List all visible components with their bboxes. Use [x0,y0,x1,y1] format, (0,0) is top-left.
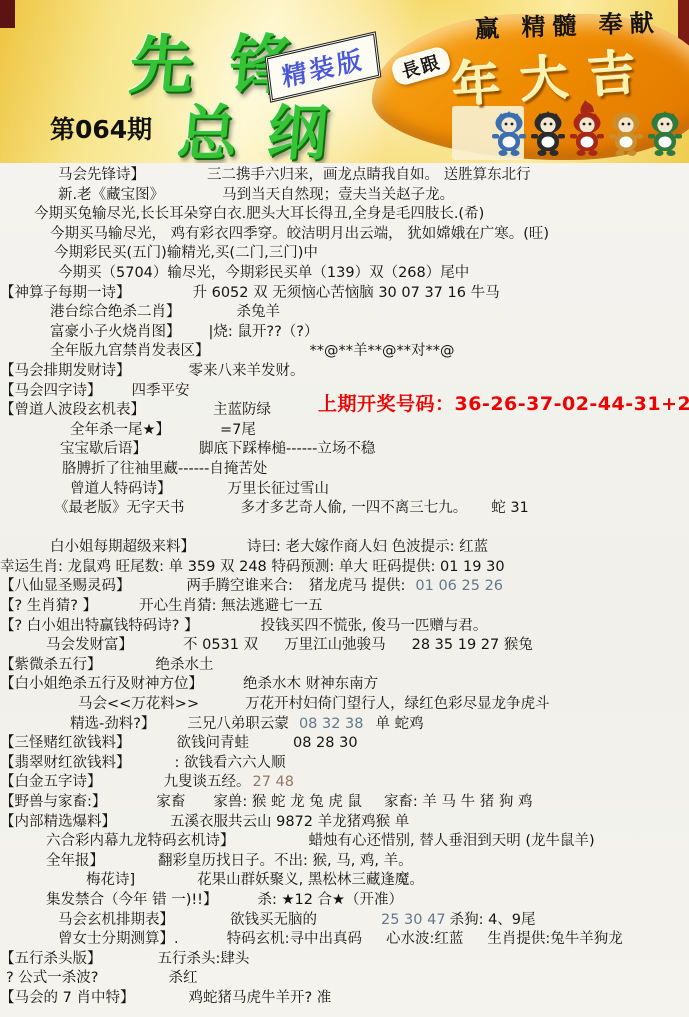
text-segment: 马会发财富】 [46,636,133,656]
text-line: 马会先锋诗】三二携手六归来，画龙点睛我自如。 送胜算东北行 [0,166,689,186]
text-line: 【五行杀头版】五行杀头:肆头 [0,950,689,970]
text-line: 【? 白小姐出特赢钱特码诗? 】投钱买四不慌张, 俊马一匹赠与君。 [0,617,689,637]
issue-number: 第064期 [50,110,152,146]
text-segment: 全年杀一尾★】 [70,421,170,441]
text-segment: 杀: ★12 合★（开准） [258,891,404,911]
text-line: 《最老版》无字天书多才多艺奇人偷, 一四不离三七九。蛇 31 [0,499,689,519]
text-line: 【翡翠财红欲钱料】: 欲钱看六六人顺 [0,754,689,774]
text-segment: 特码玄机:寻中出真码 [227,930,362,950]
text-segment: 欲钱问青蛙 [177,734,250,754]
text-segment: 【五行杀头版】 [0,950,102,970]
text-segment: 两手腾空谁来合: [187,577,293,597]
text-segment: 蜡烛有心还惜别, 替人垂泪到天明 (龙牛鼠羊) [309,832,595,852]
text-segment: 马会<<万花料>> [78,695,199,715]
text-line: 精选-劲料?】三兄八弟职云蒙08 32 38单 蛇鸡 [0,715,689,735]
text-segment: ? 公式一杀波? [6,969,99,989]
text-segment: 杀狗: 4、9尾 [450,911,536,931]
text-segment: 《最老版》无字天书 [54,499,185,519]
text-segment: 三二携手六归来，画龙点睛我自如。 送胜算东北行 [207,166,531,186]
text-line: 【神算子每期一诗】升 6052 双 无须恼心苦恼脑 30 07 37 16 牛马 [0,284,689,304]
mascot-figure [608,110,644,160]
text-segment: 四季平安 [132,382,190,402]
text-line: 新.老《藏宝图》马到当天自然现；壹夫当关赵子龙。 [0,186,689,206]
text-segment: 主蓝防绿 [213,401,271,421]
mascot-row [491,100,683,160]
mascot-figure [530,110,566,160]
text-segment: 心水波:红蓝 [386,930,463,950]
text-segment: 家畜 [156,793,185,813]
text-segment: **@**羊**@**对**@ [310,342,455,362]
text-segment: 曾女士分期测算】. [58,930,179,950]
text-segment: 【马会的 7 肖中特】 [0,989,134,1009]
content-lines: 马会先锋诗】三二携手六归来，画龙点睛我自如。 送胜算东北行新.老《藏宝图》马到当… [0,164,689,1009]
text-segment: 【马会排期发财诗】 [0,362,131,382]
text-segment: 诗曰: 老大嫁作商人妇 色波提示: 红蓝 [247,538,488,558]
top-slogan: 赢 精髓 奉献 [475,3,662,44]
text-line: 今期买（5704）输尽光，今期彩民买单（139）双（268）尾中 [0,264,689,284]
text-segment: 梅花诗] [86,871,135,891]
text-line: 梅花诗]花果山群妖聚义, 黑松林三藏逢魔。 [0,871,689,891]
text-line: 【白金五字诗】九叟谈五经。27 48 [0,773,689,793]
text-segment: 宝宝歇后语】 [60,440,147,460]
text-segment: 猪龙虎马 提供: [309,577,406,597]
text-segment: 万里江山弛骏马 [284,636,386,656]
text-line: 马会<<万花料>>万花开村妇倚门望行人，绿红色彩尽显龙争虎斗 [0,695,689,715]
text-line: 全年报】翻彩皇历找日子。不出: 猴, 马, 鸡, 羊。 [0,852,689,872]
text-segment: 马会玄机排期表】 [58,911,174,931]
text-segment: 今期买马输尽光， 鸡有彩衣四季穿。皎洁明月出云端， 犹如嫦娥在广寒。(旺) [50,225,549,245]
text-segment: 【三怪赌红欲钱料】 [0,734,131,754]
text-line [0,519,689,539]
text-segment: 【白金五字诗】 [0,773,102,793]
text-segment: 【八仙显圣赐灵码】 [0,577,131,597]
text-line: 胳膊折了往袖里藏------自掩苦处 [0,460,689,480]
text-segment: 全年报】 [46,852,104,872]
text-line: 富豪小子火烧肖图】|烧: 鼠开??（?） [0,323,689,343]
text-segment: 今期买（5704）输尽光，今期彩民买单（139）双（268）尾中 [58,264,469,284]
text-segment: 投钱买四不慌张, 俊马一匹赠与君。 [261,617,488,637]
text-line: 【马会的 7 肖中特】鸡蛇猪马虎牛羊开? 准 [0,989,689,1009]
text-segment: 五溪衣服共云山 9872 羊龙猪鸡猴 单 [170,813,409,833]
text-segment: 新.老《藏宝图》 [58,186,164,206]
text-segment: 【紫微杀五行】 [0,656,102,676]
text-segment: 绝杀水土 [156,656,214,676]
mascot-figure [491,110,527,160]
text-segment: 【马会四字诗】 [0,382,102,402]
text-segment: 开心生肖猜: 無法逃避七一五 [139,597,323,617]
text-segment: 幸运生肖: 龙鼠鸡 旺尾数: 单 359 双 248 特码预测: 单大 旺码提供… [0,558,505,578]
text-segment: 08 28 30 [293,734,358,754]
text-segment: 25 30 47 [381,911,446,931]
text-segment: 08 32 38 [299,715,364,735]
text-line: 【紫微杀五行】绝杀水土 [0,656,689,676]
text-line: 幸运生肖: 龙鼠鸡 旺尾数: 单 359 双 248 特码预测: 单大 旺码提供… [0,558,689,578]
sheet-body: 马会先锋诗】三二携手六归来，画龙点睛我自如。 送胜算东北行新.老《藏宝图》马到当… [0,164,689,1017]
text-segment: : 欲钱看六六人顺 [175,754,286,774]
text-segment: 不 0531 双 [183,636,258,656]
text-segment: 今期买兔输尽光,长长耳朵穿白衣.肥头大耳长得丑,全身是毛四肢长.(希) [34,205,484,225]
text-line: 【八仙显圣赐灵码】两手腾空谁来合:猪龙虎马 提供:01 06 25 26 [0,577,689,597]
text-line: 【内部精选爆料】五溪衣服共云山 9872 羊龙猪鸡猴 单 [0,813,689,833]
text-segment: 九叟谈五经。 [164,773,251,793]
text-segment: 花果山群妖聚义, 黑松林三藏逢魔。 [197,871,424,891]
text-segment: 今期彩民买(五门)输精光,买(二门,三门)中 [54,244,318,264]
text-line: 马会发财富】不 0531 双万里江山弛骏马28 35 19 27 猴兔 [0,636,689,656]
text-segment: 脚底下踩棒槌------立场不稳 [199,440,375,460]
text-line: 曾道人特码诗】万里长征过雪山 [0,480,689,500]
text-segment: 家畜: 羊 马 牛 猪 狗 鸡 [384,793,533,813]
text-line: ? 公式一杀波?杀红 [0,969,689,989]
text-line: 【白小姐绝杀五行及财神方位】绝杀水木 财神东南方 [0,675,689,695]
text-segment: 胳膊折了往袖里藏------自掩苦处 [62,460,267,480]
text-segment: 杀红 [169,969,198,989]
text-segment: 家兽: 猴 蛇 龙 兔 虎 鼠 [213,793,362,813]
text-segment: 【? 白小姐出特赢钱特码诗? 】 [0,617,199,637]
text-segment: 生肖提供:兔牛羊狗龙 [487,930,622,950]
text-line: 【三怪赌红欲钱料】欲钱问青蛙08 28 30 [0,734,689,754]
text-segment: 三兄八弟职云蒙 [187,715,289,735]
text-segment: 马到当天自然现；壹夫当关赵子龙。 [222,186,454,206]
text-line: 【马会排期发财诗】零来八来羊发财。 [0,362,689,382]
text-line: 全年杀一尾★】=7尾 [0,421,689,441]
text-segment: 28 35 19 27 猴兔 [412,636,533,656]
text-segment: 绝杀水木 财神东南方 [243,675,378,695]
text-segment: 五行杀头:肆头 [158,950,250,970]
mascot-figure [647,110,683,160]
sheet-header: 赢 精髓 奉献 長跟 年大吉 先锋 总纲 精装版 第064期 [0,0,689,163]
text-line: 港台综合绝杀二肖】杀兔羊 [0,303,689,323]
text-segment: 鸡蛇猪马虎牛羊开? 准 [188,989,331,1009]
text-line: 【? 生肖猜? 】开心生肖猜: 無法逃避七一五 [0,597,689,617]
mascot-figure [569,100,605,160]
text-segment: 01 06 25 26 [415,577,503,597]
text-line: 白小姐每期超级来料】诗曰: 老大嫁作商人妇 色波提示: 红蓝 [0,538,689,558]
text-line: 集发禁合（今年 错 一)!!】杀: ★12 合★（开准） [0,891,689,911]
text-segment: 万花开村妇倚门望行人，绿红色彩尽显龙争虎斗 [245,695,550,715]
text-line: 今期买兔输尽光,长长耳朵穿白衣.肥头大耳长得丑,全身是毛四肢长.(希) [0,205,689,225]
text-segment: 港台综合绝杀二肖】 [50,303,181,323]
text-segment: 【野兽与家畜:】 [0,793,106,813]
text-segment: 【曾道人波段玄机表】 [0,401,145,421]
text-line: 今期彩民买(五门)输精光,买(二门,三门)中 [0,244,689,264]
text-segment: 升 6052 双 无须恼心苦恼脑 30 07 37 16 牛马 [193,284,500,304]
text-segment: 杀兔羊 [237,303,281,323]
text-segment: 27 48 [253,773,295,793]
text-segment: 富豪小子火烧肖图】 [50,323,181,343]
text-segment: 单 蛇鸡 [376,715,424,735]
text-line: 今期买马输尽光， 鸡有彩衣四季穿。皎洁明月出云端， 犹如嫦娥在广寒。(旺) [0,225,689,245]
text-segment: 白小姐每期超级来料】 [50,538,195,558]
text-segment: =7尾 [220,421,256,441]
text-segment: 全年版九宫禁肖发表区】 [50,342,210,362]
text-segment: 曾道人特码诗】 [70,480,172,500]
text-line: 六合彩内幕九龙特码玄机诗】蜡烛有心还惜别, 替人垂泪到天明 (龙牛鼠羊) [0,832,689,852]
text-line: 曾女士分期测算】.特码玄机:寻中出真码心水波:红蓝生肖提供:兔牛羊狗龙 [0,930,689,950]
text-segment: 翻彩皇历找日子。不出: 猴, 马, 鸡, 羊。 [158,852,413,872]
text-segment: 六合彩内幕九龙特码玄机诗】 [46,832,235,852]
text-segment: 马会先锋诗】 [58,166,145,186]
text-segment: 多才多艺奇人偷, 一四不离三七九。 [241,499,468,519]
text-segment: 蛇 31 [491,499,529,519]
previous-draw-numbers: 上期开奖号码：36-26-37-02-44-31+28 [318,389,689,416]
text-segment: 精选-劲料?】 [70,715,155,735]
text-segment: 欲钱买无脑的 [230,911,317,931]
text-segment: 零来八来羊发财。 [189,362,305,382]
text-segment: 【神算子每期一诗】 [0,284,131,304]
masthead-title-bottom: 总纲 [174,86,362,163]
text-line: 【野兽与家畜:】家畜家兽: 猴 蛇 龙 兔 虎 鼠家畜: 羊 马 牛 猪 狗 鸡 [0,793,689,813]
text-segment: 【内部精选爆料】 [0,813,116,833]
lottery-tip-sheet: 赢 精髓 奉献 長跟 年大吉 先锋 总纲 精装版 第064期 马会先锋诗】三二携… [0,0,689,1017]
text-segment: 【白小姐绝杀五行及财神方位】 [0,675,203,695]
text-line: 全年版九宫禁肖发表区】**@**羊**@**对**@ [0,342,689,362]
scan-corner-artifact [0,0,15,28]
text-segment: |烧: 鼠开??（?） [209,323,319,343]
text-segment: 【? 生肖猜? 】 [0,597,97,617]
text-segment: 集发禁合（今年 错 一)!!】 [46,891,218,911]
text-segment: 万里长征过雪山 [228,480,330,500]
text-line: 宝宝歇后语】脚底下踩棒槌------立场不稳 [0,440,689,460]
text-segment: 【翡翠财红欲钱料】 [0,754,131,774]
text-line: 马会玄机排期表】欲钱买无脑的25 30 47杀狗: 4、9尾 [0,911,689,931]
